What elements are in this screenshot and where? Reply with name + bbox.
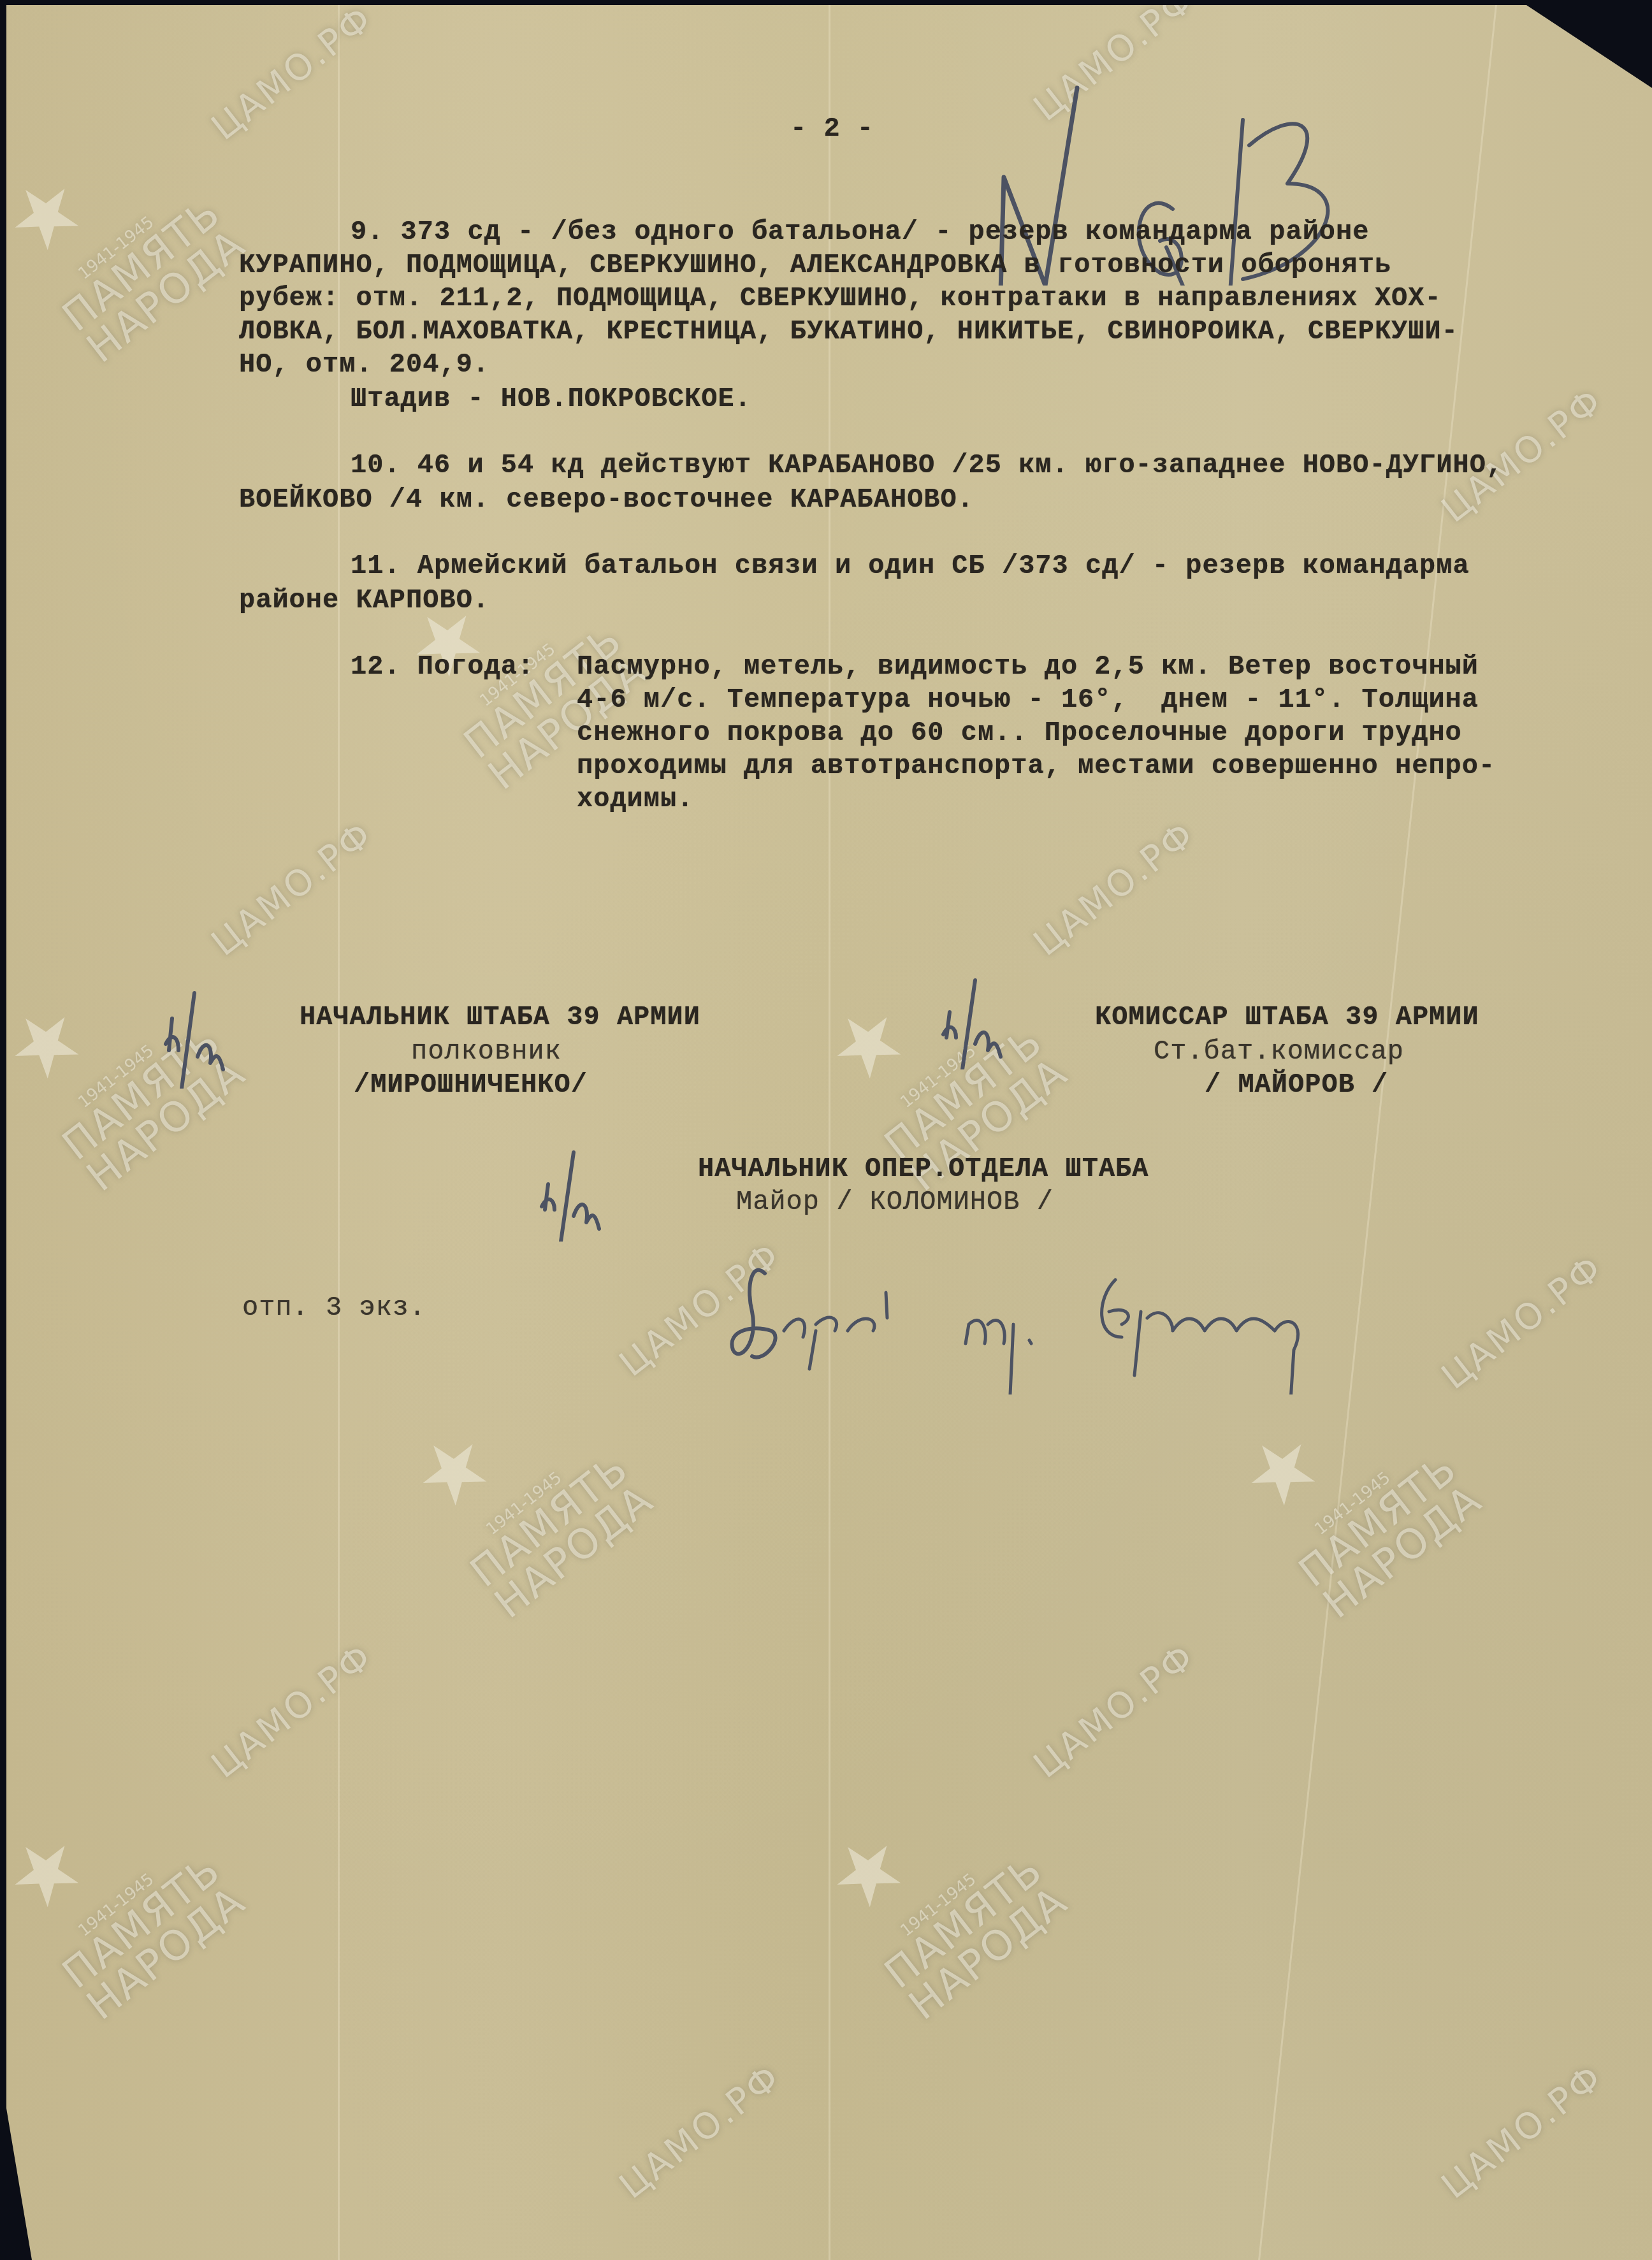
star-icon — [818, 994, 916, 1092]
signature-mark-pp — [159, 980, 229, 1089]
item-12-line: 4-6 м/с. Температура ночью - 16°, днем -… — [577, 683, 1479, 716]
item-12-label: 12. Погода: — [351, 650, 534, 683]
signature-mark-pp — [937, 974, 1007, 1069]
star-icon — [818, 1823, 916, 1921]
watermark-camo: ЦАМО.РФ — [612, 2056, 789, 2207]
item-9-line: рубеж: отм. 211,2, ПОДМОЩИЦА, СВЕРКУШИНО… — [239, 282, 1442, 315]
item-11-line: 11. Армейский батальон связи и один СБ /… — [351, 549, 1470, 583]
chief-of-staff-title: НАЧАЛЬНИК ШТАБА 39 АРМИИ — [300, 1001, 700, 1034]
star-icon — [403, 1421, 502, 1519]
watermark-camo: ЦАМО.РФ — [1026, 1635, 1203, 1786]
watermark-camo: ЦАМО.РФ — [1026, 813, 1203, 964]
chief-of-staff-rank: полковник — [411, 1035, 562, 1068]
commissar-rank: Ст.бат.комиссар — [1154, 1035, 1404, 1068]
watermark-pamyat-naroda: 1941-1945 ПАМЯТЬ НАРОДА — [867, 1834, 1074, 2027]
commissar-name: / МАЙОРОВ / — [1205, 1068, 1388, 1101]
chief-of-staff-name: /МИРОШНИЧЕНКО/ — [354, 1068, 588, 1101]
item-10-line: ВОЕЙКОВО /4 км. северо-восточнее КАРАБАН… — [239, 483, 974, 516]
ops-chief-title: НАЧАЛЬНИК ОПЕР.ОТДЕЛА ШТАБА — [698, 1152, 1149, 1185]
signature-mark-pp — [535, 1146, 605, 1242]
item-9-line: ЛОВКА, БОЛ.МАХОВАТКА, КРЕСТНИЦА, БУКАТИН… — [239, 315, 1458, 348]
item-9-staff-location: Штадив - НОВ.ПОКРОВСКОЕ. — [351, 382, 751, 416]
watermark-camo: ЦАМО.РФ — [204, 1635, 381, 1786]
item-12-line: Пасмурно, метель, видимость до 2,5 км. В… — [577, 650, 1479, 683]
star-icon — [0, 1823, 94, 1921]
star-icon — [0, 166, 94, 264]
page-number: - 2 - — [790, 112, 874, 145]
watermark-pamyat-naroda: 1941-1945 ПАМЯТЬ НАРОДА — [1281, 1433, 1488, 1625]
watermark-pamyat-naroda: 1941-1945 ПАМЯТЬ НАРОДА — [453, 1433, 660, 1625]
watermark-pamyat-naroda: 1941-1945 ПАМЯТЬ НАРОДА — [45, 177, 252, 370]
watermark-pamyat-naroda: 1941-1945 ПАМЯТЬ НАРОДА — [45, 1834, 252, 2027]
item-11-line: районе КАРПОВО. — [239, 584, 489, 617]
watermark-camo: ЦАМО.РФ — [1434, 2056, 1611, 2207]
commissar-title: КОМИССАР ШТАБА 39 АРМИИ — [1095, 1001, 1479, 1034]
star-icon — [1232, 1421, 1330, 1519]
item-12-line: снежного покрова до 60 см.. Проселочные … — [577, 716, 1462, 750]
item-9-line: 9. 373 сд - /без одного батальона/ - рез… — [351, 215, 1369, 249]
item-12-line: ходимы. — [577, 783, 693, 816]
watermark-camo: ЦАМО.РФ — [204, 0, 381, 148]
copies-note: отп. 3 экз. — [242, 1291, 426, 1324]
item-9-line: НО, отм. 204,9. — [239, 348, 489, 381]
item-9-line: КУРАПИНО, ПОДМОЩИЦА, СВЕРКУШИНО, АЛЕКСАН… — [239, 249, 1391, 282]
document-page: ЦАМО.РФ ЦАМО.РФ ЦАМО.РФ ЦАМО.РФ ЦАМО.РФ … — [6, 5, 1652, 2260]
item-10-line: 10. 46 и 54 кд действуют КАРАБАНОВО /25 … — [351, 449, 1503, 482]
watermark-camo: ЦАМО.РФ — [204, 813, 381, 964]
ops-chief-rank-name: Майор / КОЛОМИНОВ / — [736, 1185, 1054, 1219]
star-icon — [0, 994, 94, 1092]
handwritten-certification — [714, 1261, 1498, 1394]
item-12-line: проходимы для автотранспорта, местами со… — [577, 750, 1495, 783]
